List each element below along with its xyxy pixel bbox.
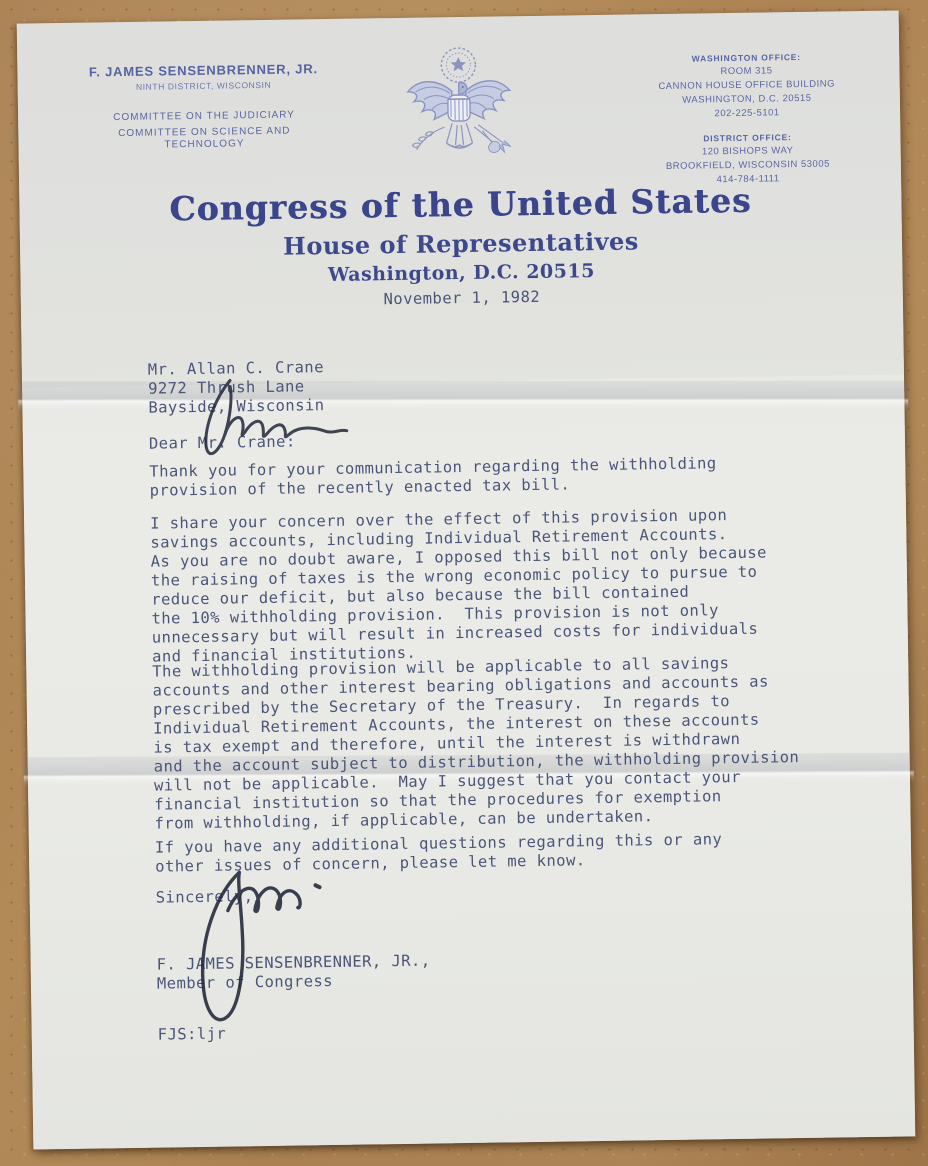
great-seal-eagle-icon — [399, 38, 519, 177]
closing: Sincerely, — [156, 887, 254, 907]
body-paragraph-1: Thank you for your communication regardi… — [149, 454, 717, 500]
washington-office-room: ROOM 315 — [627, 64, 865, 79]
washington-office-city: WASHINGTON, D.C. 20515 — [628, 92, 866, 107]
member-name: F. JAMES SENSENBRENNER, JR. — [53, 61, 353, 80]
letter-page: F. JAMES SENSENBRENNER, JR. NINTH DISTRI… — [17, 11, 916, 1150]
reference-initials: FJS:ljr — [158, 1025, 227, 1045]
body-paragraph-4: If you have any additional questions reg… — [155, 830, 723, 876]
recipient-address: Mr. Allan C. Crane 9272 Thrush Lane Bays… — [148, 358, 325, 418]
district-office-street: 120 BISHOPS WAY — [629, 144, 867, 159]
washington-office-building: CANNON HOUSE OFFICE BUILDING — [628, 78, 866, 93]
body-paragraph-3: The withholding provision will be applic… — [152, 653, 800, 834]
salutation: Dear Mr. Crane: — [149, 433, 296, 454]
committee-judiciary: COMMITTEE ON THE JUDICIARY — [54, 109, 354, 124]
handwritten-signature-sensenbrenner — [157, 856, 370, 1039]
signature-block-typed: F. JAMES SENSENBRENNER, JR., Member of C… — [157, 952, 431, 994]
member-district: NINTH DISTRICT, WISCONSIN — [54, 79, 354, 93]
district-office-heading: DISTRICT OFFICE: — [628, 131, 866, 145]
washington-office-heading: WASHINGTON OFFICE: — [627, 51, 865, 65]
member-info-block: F. JAMES SENSENBRENNER, JR. NINTH DISTRI… — [53, 61, 354, 152]
office-addresses-block: WASHINGTON OFFICE: ROOM 315 CANNON HOUSE… — [627, 51, 867, 187]
body-paragraph-2: I share your concern over the effect of … — [150, 506, 768, 667]
district-office-city: BROOKFIELD, WISCONSIN 53005 — [629, 158, 867, 173]
letterhead-title-congress: Congress of the United States — [19, 179, 901, 231]
